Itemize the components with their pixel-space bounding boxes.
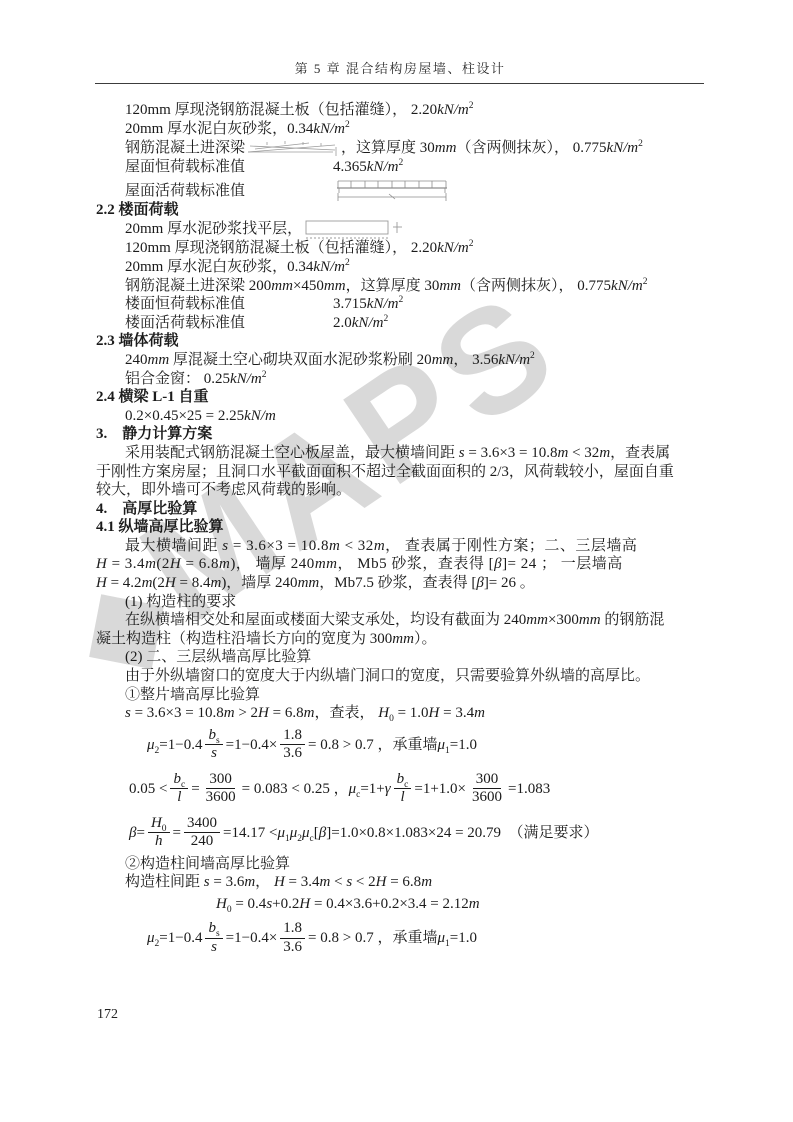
math-var: mm xyxy=(526,612,548,628)
formula-mu2-repeat: μ2 =1−0.4bss=1−0.4×1.83.6= 0.8 > 0.7 ，承重… xyxy=(96,916,708,960)
text-run: = 3.4 xyxy=(285,874,320,890)
text-run: 楼面恒荷载标准值 xyxy=(125,296,245,312)
text-run: ， xyxy=(255,874,274,890)
heading-4-1-long-wall: 4.1 纵墙高厚比验算 xyxy=(96,518,708,537)
denominator: s xyxy=(208,745,220,762)
page-number: 172 xyxy=(97,1007,118,1023)
math-var: kN/m xyxy=(230,371,262,387)
math-var: H xyxy=(258,705,269,721)
text-run: 1.8 xyxy=(283,920,302,936)
text-run: 于刚性方案房屋；且洞口水平截面面积不超过全截面面积的 2/3，风荷载较小，屋面自… xyxy=(96,464,674,480)
math-var: mm xyxy=(579,612,601,628)
text-run: 300 xyxy=(209,771,232,787)
fraction: bcl xyxy=(170,771,188,807)
text-run: 3. 静力计算方案 xyxy=(96,426,212,442)
denominator: l xyxy=(397,789,407,806)
text-run: 300 xyxy=(476,771,499,787)
math-var: l xyxy=(400,789,404,805)
math-var-sub: μ1 xyxy=(437,929,449,948)
superscript: 2 xyxy=(469,101,474,111)
math-var-sub: μ2 xyxy=(290,824,302,843)
text-run: =1−0.4× xyxy=(226,736,278,755)
line-floor-dead-load: 楼面恒荷载标准值3.715kN/m2 xyxy=(96,295,708,314)
heading-2-3-wall-load: 2.3 墙体荷载 xyxy=(96,332,708,351)
text-run: ]=1.0×0.8×1.083×24 = 20.79 （满足要求） xyxy=(326,824,598,843)
math-var: m xyxy=(558,445,569,461)
math-var: kN/m xyxy=(606,140,638,156)
text-run: )， 墙厚 240 xyxy=(230,556,315,572)
math-var: m xyxy=(329,538,340,554)
text-run: = 6.8 xyxy=(386,874,421,890)
text-run: 120mm 厚现浇钢筋混凝土板（包括灌缝）， 2.20 xyxy=(125,240,437,256)
line-roof-mortar-load: 20mm 厚水泥白灰砂浆，0.34kN/m2 xyxy=(96,120,708,139)
text-run: 4.365 xyxy=(333,159,367,175)
heading-2-2-floor-load: 2.2 楼面荷载 xyxy=(96,201,708,220)
math-var: β xyxy=(494,556,502,572)
math-var: μ xyxy=(437,930,445,946)
math-var: H xyxy=(151,815,162,831)
text-run: ②构造柱间墙高厚比验算 xyxy=(125,856,290,872)
text-run: = 3.6×3 = 10.8 xyxy=(229,538,329,554)
beam-elevation-sketch xyxy=(247,138,339,158)
line-sub-2-title: ②构造柱间墙高厚比验算 xyxy=(96,855,708,874)
text-run: +0.2 xyxy=(272,896,299,912)
text-run: 2.0 xyxy=(333,315,352,331)
fraction: 3400240 xyxy=(184,815,220,851)
math-var-sub: μ1 xyxy=(277,824,289,843)
math-var: kN/m xyxy=(437,102,469,118)
beam-load-sketch xyxy=(335,177,453,201)
denominator: 3600 xyxy=(469,789,505,806)
math-var: kN/m xyxy=(367,296,399,312)
math-var: H xyxy=(165,575,176,591)
line-floor-mortar-load: 20mm 厚水泥白灰砂浆，0.34kN/m2 xyxy=(96,258,708,277)
text-run: 采用装配式钢筋混凝土空心板屋盖，最大横墙间距 xyxy=(125,445,459,461)
math-var: H xyxy=(170,556,181,572)
superscript: 2 xyxy=(398,158,403,168)
text-run: 厚混凝土空心砌块双面水泥砂浆粉刷 20 xyxy=(169,352,432,368)
math-var: m xyxy=(374,538,385,554)
text-run: 4. 高厚比验算 xyxy=(96,501,197,517)
text-run: ， Mb5 砂浆，查表得 [ xyxy=(337,556,494,572)
text-run: 构造柱间距 xyxy=(125,874,204,890)
text-run: 20mm 厚水泥白灰砂浆，0.34 xyxy=(125,121,313,137)
text-run: = xyxy=(173,824,181,843)
text-run: =1.0 xyxy=(450,736,477,755)
text-run: =1.0 xyxy=(450,929,477,948)
line-roof-dead-load: 屋面恒荷载标准值4.365kN/m2 xyxy=(96,158,708,177)
math-var: l xyxy=(177,789,181,805)
math-var-sub: μ1 xyxy=(437,736,449,755)
math-var: s xyxy=(211,745,217,761)
fraction: 3003600 xyxy=(469,771,505,807)
text-run: 钢筋混凝土进深梁 200 xyxy=(125,278,271,294)
math-var: kN/m xyxy=(313,259,345,275)
paragraph-static-2: 于刚性方案房屋；且洞口水平截面面积不超过全截面面积的 2/3，风荷载较小，屋面自… xyxy=(96,463,708,482)
paragraph-column-2: 凝土构造柱（构造柱沿墙长方向的宽度为 300mm）。 xyxy=(96,630,708,649)
document-body: 120mm 厚现浇钢筋混凝土板（包括灌缝）， 2.20kN/m2 20mm 厚水… xyxy=(96,101,708,960)
numerator: 1.8 xyxy=(280,727,305,745)
text-run: = 3.6 xyxy=(210,874,245,890)
text-run: = 6.8 xyxy=(181,556,219,572)
text-run: 3.715 xyxy=(333,296,367,312)
superscript: 2 xyxy=(345,258,350,268)
math-var: H xyxy=(429,705,440,721)
math-var: μ xyxy=(437,737,445,753)
text-run: =14.17 < xyxy=(223,824,277,843)
line-wall-block-load: 240mm 厚混凝土空心砌块双面水泥砂浆粉刷 20mm， 3.56kN/m2 xyxy=(96,351,708,370)
line-item-2-title: (2) 二、三层纵墙高厚比验算 xyxy=(96,648,708,667)
text-run: =1−0.4× xyxy=(226,929,278,948)
text-run: 屋面恒荷载标准值 xyxy=(125,159,245,175)
math-var: m xyxy=(142,575,153,591)
formula-beta: β = H0h= 3400240=14.17 < μ1μ2μc[β]=1.0×0… xyxy=(96,811,708,855)
math-var: β xyxy=(319,824,326,843)
text-run: 在纵横墙相交处和屋面或楼面大梁支承处，均设有截面为 240 xyxy=(125,612,526,628)
math-var-sub: bs xyxy=(208,727,219,743)
math-var: mm xyxy=(148,352,170,368)
math-var: μ xyxy=(302,825,310,841)
superscript: 2 xyxy=(398,295,403,305)
math-var: γ xyxy=(385,780,391,799)
text-run: < xyxy=(330,874,346,890)
math-var: mm xyxy=(298,575,320,591)
text-run: ，查表， xyxy=(314,705,378,721)
text-run: 0.05 < xyxy=(129,780,167,799)
math-var-sub: bc xyxy=(397,771,409,787)
heading-4-ratio-check: 4. 高厚比验算 xyxy=(96,500,708,519)
text-run: ，这算厚度 30 xyxy=(346,278,440,294)
line-column-spacing: 构造柱间距 s = 3.6m， H = 3.4m < s < 2H = 6.8m xyxy=(96,873,708,892)
text-run: = 8.4 xyxy=(176,575,211,591)
math-var: m xyxy=(320,874,331,890)
text-run: 3600 xyxy=(472,789,502,805)
text-run: 最大横墙间距 xyxy=(125,538,222,554)
text-run: 0.2×0.45×25 = 2.25 xyxy=(125,408,244,424)
math-var: m xyxy=(599,445,610,461)
math-var: mm xyxy=(392,631,414,647)
math-var: H xyxy=(216,896,227,912)
fraction: H0h xyxy=(148,815,170,851)
text-run: ，查表属 xyxy=(610,445,670,461)
text-run: 屋面活荷载标准值 xyxy=(125,183,245,199)
math-var: s xyxy=(211,939,217,955)
line-item-1-title: (1) 构造柱的要求 xyxy=(96,593,708,612)
text-run: < 32 xyxy=(340,538,373,554)
math-var: m xyxy=(219,556,230,572)
denominator: 3600 xyxy=(203,789,239,806)
text-run: = 1.0 xyxy=(394,705,429,721)
line-window-load: 铝合金窗： 0.25kN/m2 xyxy=(96,370,708,389)
math-var-sub: bs xyxy=(208,920,219,936)
text-run: 240 xyxy=(191,833,214,849)
text-run: ，Mb7.5 砂浆，查表得 [ xyxy=(319,575,476,591)
line-floor-screed: 20mm 厚水泥砂浆找平层， xyxy=(96,219,708,239)
math-var: m xyxy=(304,705,315,721)
paragraph-wall-3: H = 4.2m(2H = 8.4m)，墙厚 240mm，Mb7.5 砂浆，查表… xyxy=(96,574,708,593)
text-run: ①整片墙高厚比验算 xyxy=(125,687,260,703)
math-var: H xyxy=(299,896,310,912)
fraction: bcl xyxy=(394,771,412,807)
superscript: 2 xyxy=(262,370,267,380)
math-var: mm xyxy=(435,140,457,156)
text-run: ]= 24 ； 一层墙高 xyxy=(502,556,623,572)
text-run: 楼面活荷载标准值 xyxy=(125,315,245,331)
text-run: ×450 xyxy=(293,278,324,294)
superscript: 2 xyxy=(643,277,648,287)
superscript: 2 xyxy=(530,351,535,361)
denominator: l xyxy=(174,789,184,806)
numerator: bs xyxy=(205,727,222,745)
math-var: H xyxy=(96,556,107,572)
text-run: 3.6 xyxy=(283,939,302,955)
math-var: μ xyxy=(277,825,285,841)
text-run: 2.2 楼面荷载 xyxy=(96,202,179,218)
text-run: = 0.083 < 0.25 ， xyxy=(242,780,349,799)
math-var: μ xyxy=(349,781,357,797)
formula-spacing: s = 3.6×3 = 10.8m > 2H = 6.8m，查表， H0 = 1… xyxy=(96,704,708,723)
math-var: m xyxy=(474,705,485,721)
math-var-sub: μ2 xyxy=(147,929,159,948)
superscript: 2 xyxy=(469,239,474,249)
math-var: mm xyxy=(439,278,461,294)
line-sub-1-title: ①整片墙高厚比验算 xyxy=(96,686,708,705)
text-run: 凝土构造柱（构造柱沿墙长方向的宽度为 300 xyxy=(96,631,392,647)
numerator: 1.8 xyxy=(280,920,305,938)
text-run: = 0.4×3.6+0.2×3.4 = 2.12 xyxy=(310,896,469,912)
text-run: = xyxy=(136,824,144,843)
math-var-sub: μc xyxy=(302,824,314,843)
math-var: m xyxy=(145,556,156,572)
numerator: 300 xyxy=(206,771,235,789)
text-run: 铝合金窗： 0.25 xyxy=(125,371,230,387)
math-var-sub: bc xyxy=(173,771,185,787)
text-run: = 0.4 xyxy=(232,896,267,912)
text-run: = 0.8 > 0.7 ，承重墙 xyxy=(308,736,437,755)
line-floor-beam-load: 钢筋混凝土进深梁 200mm×450mm，这算厚度 30mm（含两侧抹灰）， 0… xyxy=(96,277,708,296)
math-var: kN/m xyxy=(244,408,276,424)
math-var: m xyxy=(210,575,221,591)
line-roof-beam-load: 钢筋混凝土进深梁 ，这算厚度 30mm（含两侧抹灰）， 0.775kN/m2 xyxy=(96,138,708,158)
text-run: = 6.8 xyxy=(269,705,304,721)
text-run: =1−0.4 xyxy=(159,736,202,755)
math-var-sub: H0 xyxy=(378,705,394,721)
text-run: ，这算厚度 30 xyxy=(341,140,435,156)
text-run: 由于外纵墙窗口的宽度大于内纵墙门洞口的宽度，只需要验算外纵墙的高厚比。 xyxy=(125,668,650,684)
text-run: 1.8 xyxy=(283,727,302,743)
text-run: < 32 xyxy=(568,445,599,461)
line-floor-slab-load: 120mm 厚现浇钢筋混凝土板（包括灌缝）， 2.20kN/m2 xyxy=(96,239,708,258)
line-floor-live-load: 楼面活荷载标准值2.0kN/m2 xyxy=(96,314,708,333)
text-run: ×300 xyxy=(548,612,579,628)
text-run: =1.083 xyxy=(508,780,550,799)
text-run: (2) 二、三层纵墙高厚比验算 xyxy=(125,649,311,665)
text-run: (2 xyxy=(152,575,165,591)
document-page: { "header": { "title": "第 5 章 混合结构房屋墙、柱设… xyxy=(0,0,793,1122)
math-var: H xyxy=(96,575,107,591)
superscript: 2 xyxy=(383,314,388,324)
text-run: 2.4 横梁 L-1 自重 xyxy=(96,389,209,405)
text-run: ]= 26 。 xyxy=(484,575,535,591)
numerator: bc xyxy=(394,771,412,789)
text-run: ）。 xyxy=(414,631,437,647)
math-var: β xyxy=(476,575,483,591)
numerator: bs xyxy=(205,920,222,938)
text-run: 3.6 xyxy=(283,745,302,761)
math-var: m xyxy=(421,874,432,890)
math-var: β xyxy=(129,824,136,843)
math-var: kN/m xyxy=(498,352,530,368)
text-run: =1+1.0× xyxy=(414,780,466,799)
header-rule xyxy=(95,83,704,84)
formula-muc: 0.05 < bcl= 3003600= 0.083 < 0.25 ， μc =… xyxy=(96,767,708,811)
denominator: 240 xyxy=(188,833,217,850)
numerator: H0 xyxy=(148,815,170,833)
denominator: h xyxy=(152,833,166,850)
text-run: (2 xyxy=(156,556,170,572)
paragraph-column-1: 在纵横墙相交处和屋面或楼面大梁支承处，均设有截面为 240mm×300mm 的钢… xyxy=(96,611,708,630)
text-run: = 4.2 xyxy=(107,575,142,591)
text-run: 3400 xyxy=(187,815,217,831)
math-var: h xyxy=(155,833,163,849)
paragraph-static-3: 较大，即外墙可不考虑风荷载的影响。 xyxy=(96,481,708,500)
paragraph-wall-2: H = 3.4m(2H = 6.8m)， 墙厚 240mm， Mb5 砂浆，查表… xyxy=(96,555,708,574)
superscript: 2 xyxy=(345,120,350,130)
text-run: = 0.8 > 0.7 ，承重墙 xyxy=(308,929,437,948)
paragraph-window-note: 由于外纵墙窗口的宽度大于内纵墙门洞口的宽度，只需要验算外纵墙的高厚比。 xyxy=(96,667,708,686)
text-run: 240 xyxy=(125,352,148,368)
text-run: 3600 xyxy=(206,789,236,805)
numerator: 3400 xyxy=(184,815,220,833)
line-roof-slab-load: 120mm 厚现浇钢筋混凝土板（包括灌缝）， 2.20kN/m2 xyxy=(96,101,708,120)
paragraph-static-1: 采用装配式钢筋混凝土空心板屋盖，最大横墙间距 s = 3.6×3 = 10.8m… xyxy=(96,444,708,463)
text-run: =1+ xyxy=(360,780,384,799)
superscript: 2 xyxy=(638,139,643,149)
math-var: H xyxy=(378,705,389,721)
formula-h0: H0 = 0.4s+0.2H = 0.4×3.6+0.2×3.4 = 2.12m xyxy=(96,892,708,916)
math-var: H xyxy=(274,874,285,890)
text-run: > 2 xyxy=(235,705,258,721)
denominator: 3.6 xyxy=(280,939,305,956)
math-var: kN/m xyxy=(367,159,399,175)
text-run: = 3.6×3 = 10.8 xyxy=(465,445,558,461)
math-var: μ xyxy=(147,930,155,946)
paragraph-wall-1: 最大横墙间距 s = 3.6×3 = 10.8m < 32m， 查表属于刚性方案… xyxy=(96,537,708,556)
numerator: bc xyxy=(170,771,188,789)
text-run: < 2 xyxy=(352,874,375,890)
math-var-sub: μc xyxy=(349,780,361,799)
math-var: mm xyxy=(324,278,346,294)
text-run: =1−0.4 xyxy=(159,929,202,948)
math-var: kN/m xyxy=(313,121,345,137)
math-var: m xyxy=(224,705,235,721)
math-var: H xyxy=(376,874,387,890)
text-run: （含两侧抹灰）， 0.775 xyxy=(456,140,606,156)
text-run: 20mm 厚水泥白灰砂浆，0.34 xyxy=(125,259,313,275)
math-var: m xyxy=(244,874,255,890)
denominator: 3.6 xyxy=(280,745,305,762)
text-run: (1) 构造柱的要求 xyxy=(125,594,236,610)
numerator: 300 xyxy=(473,771,502,789)
text-run: ， 查表属于刚性方案；二、三层墙高 xyxy=(385,538,637,554)
text-run: 2.3 墙体荷载 xyxy=(96,333,179,349)
math-var: mm xyxy=(271,278,293,294)
text-run: （含两侧抹灰）， 0.775 xyxy=(461,278,611,294)
text-run: = 3.4 xyxy=(439,705,474,721)
math-var: mm xyxy=(315,556,338,572)
fraction: bss xyxy=(205,727,222,763)
math-var-sub: H0 xyxy=(216,896,232,912)
text-run: = 3.6×3 = 10.8 xyxy=(131,705,224,721)
math-var: kN/m xyxy=(437,240,469,256)
fraction: 3003600 xyxy=(203,771,239,807)
chapter-header: 第 5 章 混合结构房屋墙、柱设计 xyxy=(96,58,704,77)
math-var: mm xyxy=(432,352,454,368)
text-run: = xyxy=(191,780,199,799)
line-roof-live-load: 屋面活荷载标准值 xyxy=(96,177,708,201)
heading-3-static-scheme: 3. 静力计算方案 xyxy=(96,425,708,444)
text-run: 120mm 厚现浇钢筋混凝土板（包括灌缝）， 2.20 xyxy=(125,102,437,118)
text-run: 4.1 纵墙高厚比验算 xyxy=(96,519,224,535)
math-var: kN/m xyxy=(352,315,384,331)
text-run: )，墙厚 240 xyxy=(221,575,297,591)
fraction: 1.83.6 xyxy=(280,727,305,763)
fraction: bss xyxy=(205,920,222,956)
text-run: 较大，即外墙可不考虑风荷载的影响。 xyxy=(96,482,351,498)
denominator: s xyxy=(208,939,220,956)
heading-2-4-beam-weight: 2.4 横梁 L-1 自重 xyxy=(96,388,708,407)
math-var: b xyxy=(173,771,181,787)
math-var: b xyxy=(208,727,216,743)
slab-section-sketch xyxy=(304,219,410,239)
text-run: = 3.4 xyxy=(107,556,145,572)
fraction: 1.83.6 xyxy=(280,920,305,956)
text-run: 的钢筋混 xyxy=(601,612,665,628)
math-var: kN/m xyxy=(611,278,643,294)
line-beam-weight-calc: 0.2×0.45×25 = 2.25kN/m xyxy=(96,407,708,426)
math-var: b xyxy=(208,920,216,936)
text-run: ， 3.56 xyxy=(453,352,498,368)
math-var: μ xyxy=(147,737,155,753)
math-var-sub: μ2 xyxy=(147,736,159,755)
text-run: 20mm 厚水泥砂浆找平层， xyxy=(125,221,302,237)
math-var-sub: H0 xyxy=(151,815,167,831)
text-run: 钢筋混凝土进深梁 xyxy=(125,140,245,156)
formula-mu2: μ2 =1−0.4bss=1−0.4×1.83.6= 0.8 > 0.7 ，承重… xyxy=(96,723,708,767)
math-var: m xyxy=(469,896,480,912)
